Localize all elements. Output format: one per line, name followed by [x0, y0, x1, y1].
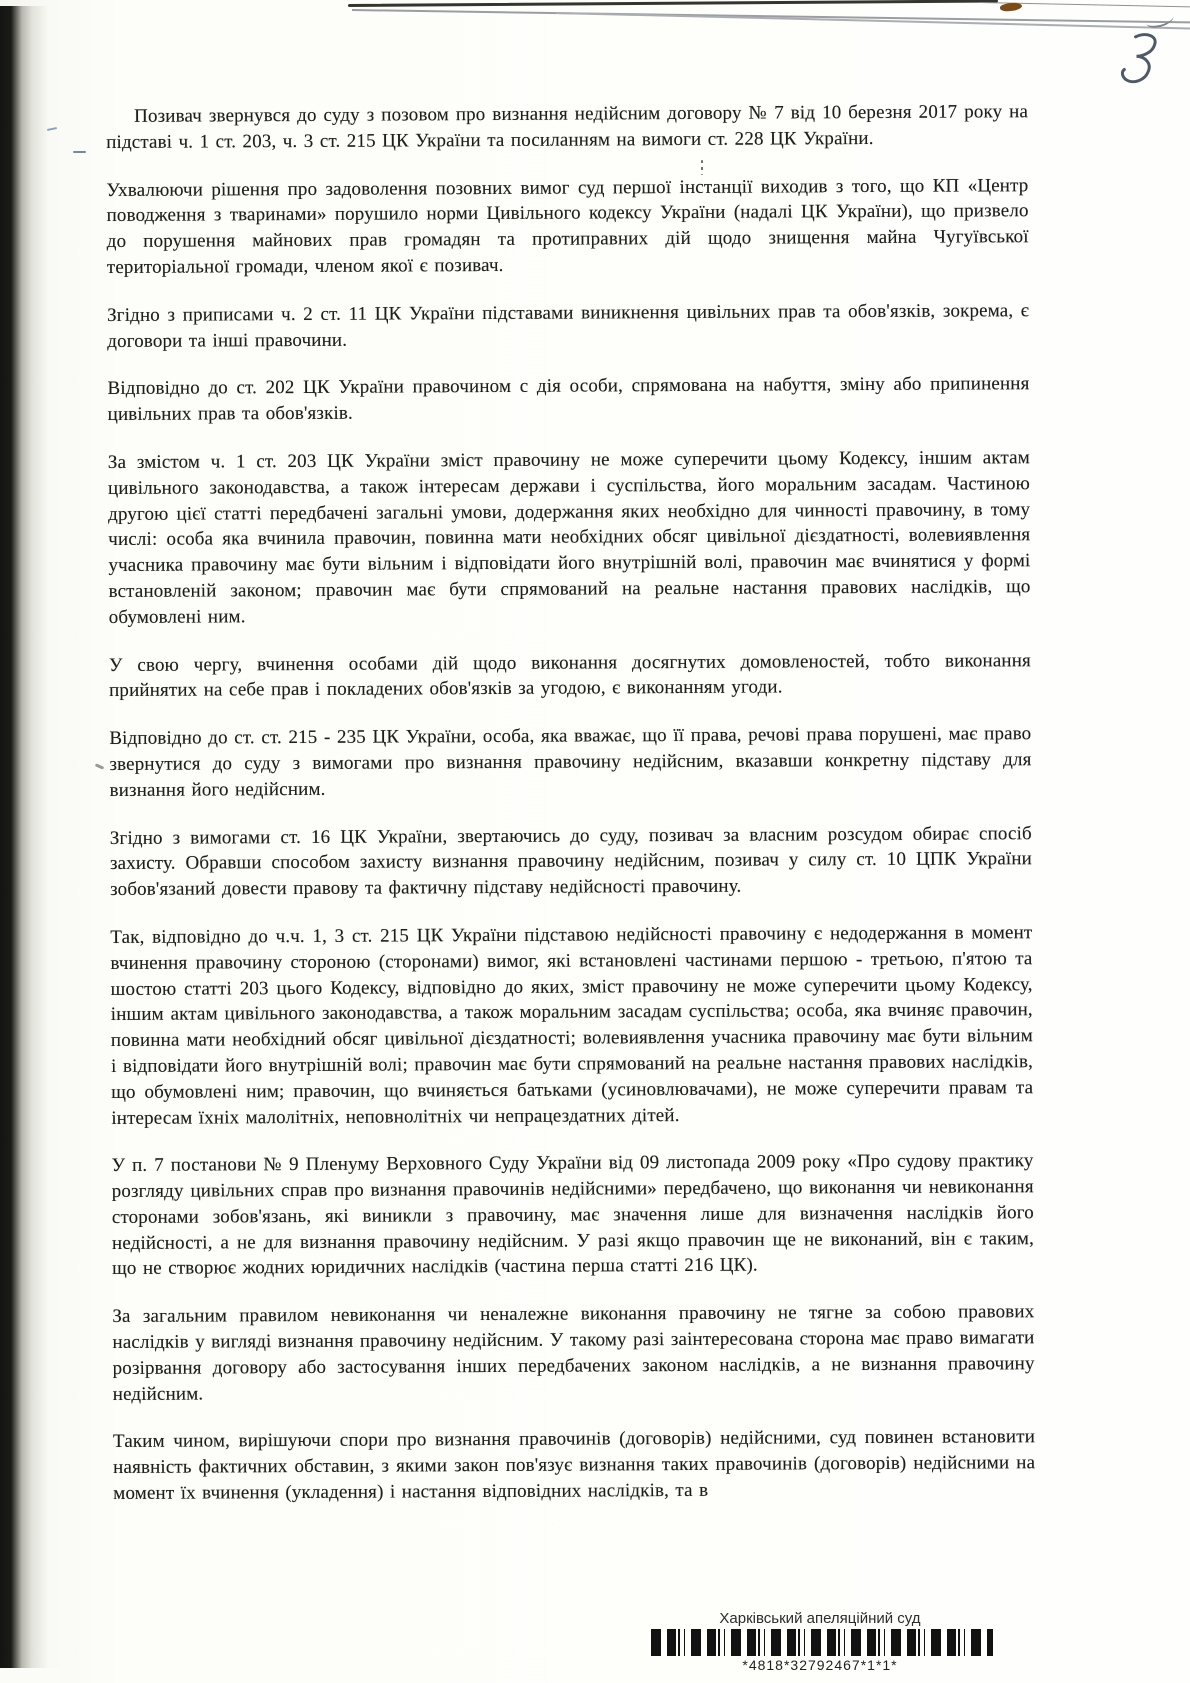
- paragraph: Ухвалюючи рішення про задоволення позовн…: [106, 173, 1029, 281]
- paragraph: За загальним правилом невиконання чи нен…: [112, 1299, 1035, 1407]
- paragraph: Позивач звернувся до суду з позовом про …: [106, 99, 1028, 155]
- paragraph: Відповідно до ст. ст. 215 - 235 ЦК Украї…: [109, 721, 1031, 803]
- paragraph: Відповідно до ст. 202 ЦК України правочи…: [107, 372, 1029, 428]
- scan-artifact-line: [352, 9, 1190, 23]
- margin-speck: [47, 127, 57, 131]
- court-barcode-stamp: Харківський апеляційний суд *4818*327924…: [618, 1610, 1022, 1673]
- scan-artifact-line: [348, 0, 998, 7]
- paragraph: Згідно з вимогами ст. 16 ЦК України, зве…: [110, 821, 1032, 903]
- scanned-page: Позивач звернувся до суду з позовом про …: [0, 0, 1190, 1683]
- barcode: [647, 1629, 993, 1656]
- scan-edge-fade: [0, 1668, 60, 1683]
- paragraph: Згідно з приписами ч. 2 ст. 11 ЦК Україн…: [107, 298, 1029, 354]
- paragraph: У п. 7 постанови № 9 Пленуму Верховного …: [111, 1148, 1034, 1282]
- paragraph: Таким чином, вирішуючи спори про визнанн…: [113, 1425, 1035, 1507]
- margin-speck: [95, 763, 104, 769]
- document-body: Позивач звернувся до суду з позовом про …: [106, 99, 1035, 1529]
- scan-edge-shadow: [0, 6, 48, 1672]
- margin-speck: [73, 151, 86, 153]
- paragraph: У свою чергу, вчинення особами дій щодо …: [109, 648, 1031, 704]
- paragraph: За змістом ч. 1 ст. 203 ЦК України зміст…: [108, 445, 1031, 630]
- handwritten-page-number: [1114, 27, 1169, 93]
- court-name-label: Харківський апеляційний суд: [618, 1610, 1022, 1627]
- barcode-caption: *4818*32792467*1*1*: [618, 1657, 1022, 1673]
- paragraph: Так, відповідно до ч.ч. 1, 3 ст. 215 ЦК …: [110, 920, 1033, 1131]
